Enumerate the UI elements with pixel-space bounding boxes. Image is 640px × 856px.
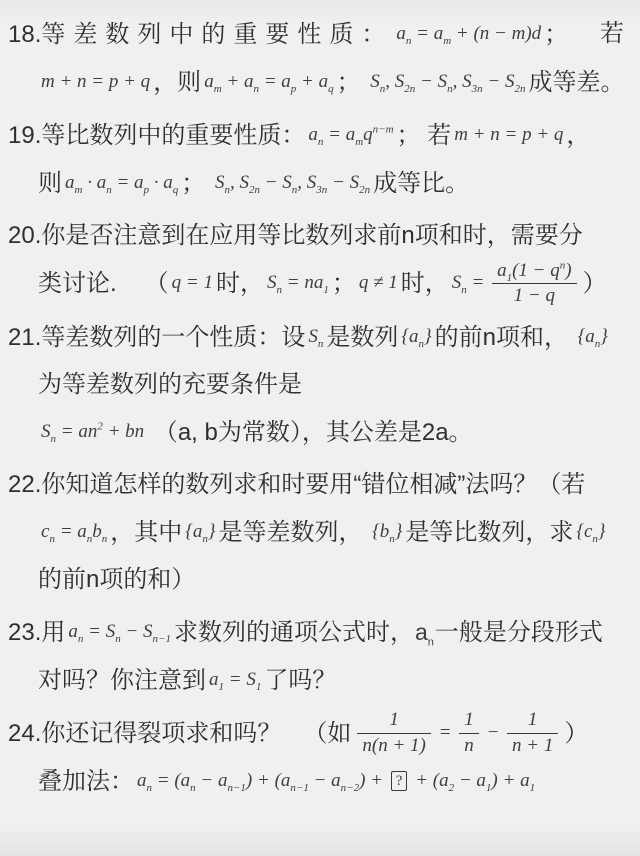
formula-sn-quadratic: Sn = an2 + bn [41, 421, 144, 442]
item-24: 24.你还记得裂项求和吗？（如1n(n + 1) = 1n − 1n + 1） … [8, 709, 632, 806]
item-20-text2: 类讨论. [38, 270, 117, 297]
item-22: 22.你知道怎样的数列求和时要用“错位相减”法吗？（若 cn = anbn，其中… [8, 461, 632, 603]
text-cheng-dengcha: 成等差。 [528, 69, 624, 96]
item-19-ruo: 若 [427, 122, 451, 149]
formula-mnpq: m + n = p + q [41, 71, 150, 92]
formula-telescoping-sum: an = (an − an−1) + (an−1 − an−2) + ? + (… [137, 770, 535, 791]
punct-paren-open: （ [145, 270, 169, 297]
item-21-text1: 等差数列的一个性质：设 [41, 324, 305, 351]
punct-semicolon: ； [181, 170, 205, 197]
formula-am-an-product: am · an = ap · aq [65, 172, 178, 193]
item-23-text3: 一般是分段形式 [435, 619, 603, 646]
formula-a1-s1: a1 = S1 [209, 669, 261, 690]
formula-an-set: {an} [578, 326, 608, 347]
punct-comma: ， [566, 122, 590, 149]
item-24-number: 24. [8, 720, 41, 747]
text-then: 则 [38, 170, 62, 197]
item-22-line-2: cn = anbn，其中{an}是等差数列， {bn}是等比数列，求{cn} [8, 508, 632, 556]
text-shi: 时， [401, 270, 449, 297]
punct-semicolon: ； [337, 69, 361, 96]
formula-bn-set: {bn} [372, 521, 402, 542]
text-then: ，则 [153, 69, 201, 96]
item-23-line-2: 对吗？你注意到a1 = S1了吗？ [8, 656, 632, 704]
punct-paren-close: ） [583, 270, 607, 297]
item-20-line-2: 类讨论.（q = 1时，Sn = na1；q ≠ 1时，Sn = a1(1 − … [8, 259, 632, 308]
formula-sn-sequence: Sn, S2n − Sn, S3n − S2n [215, 172, 370, 193]
item-18-line-1: 18.等差数列中的重要性质：an = am + (n − m)d；若 [8, 10, 632, 58]
item-21: 21.等差数列的一个性质：设Sn是数列{an}的前n项和， {an} 为等差数列… [8, 313, 632, 456]
item-18-line-2: m + n = p + q，则am + an = ap + aq； Sn, S2… [8, 58, 632, 106]
item-23: 23.用an = Sn − Sn−1求数列的通项公式时，an一般是分段形式 对吗… [8, 608, 632, 704]
item-18: 18.等差数列中的重要性质：an = am + (n − m)d；若 m + n… [8, 10, 632, 106]
item-24-line-1: 24.你还记得裂项求和吗？（如1n(n + 1) = 1n − 1n + 1） [8, 709, 632, 758]
punct-paren-open: （如 [303, 720, 351, 747]
item-22-number: 22. [8, 471, 41, 498]
item-18-number: 18. [8, 21, 41, 48]
item-19-number: 19. [8, 122, 41, 149]
formula-sn-na1: Sn = na1 [267, 272, 329, 293]
item-21-line-1: 21.等差数列的一个性质：设Sn是数列{an}的前n项和， {an} [8, 313, 632, 361]
item-22-text4: 是等比数列，求 [405, 519, 573, 546]
item-23-text4: 对吗？你注意到 [38, 667, 206, 694]
item-21-text4: 为等差数列的充要条件是 [38, 371, 302, 398]
item-22-line-1: 22.你知道怎样的数列求和时要用“错位相减”法吗？（若 [8, 461, 632, 508]
item-23-line-1: 23.用an = Sn − Sn−1求数列的通项公式时，an一般是分段形式 [8, 608, 632, 656]
item-20-number: 20. [8, 222, 41, 249]
item-22-text1: 你知道怎样的数列求和时要用“错位相减”法吗？（若 [41, 471, 585, 498]
item-21-line-3: Sn = an2 + bn （a, b为常数），其公差是2a。 [8, 408, 632, 456]
formula-q-neq-1: q ≠ 1 [359, 272, 398, 293]
formula-geom-sum: Sn = a1(1 − qn)1 − q [452, 272, 580, 293]
item-20-text: 你是否注意到在应用等比数列求前n项和时，需要分 [41, 222, 582, 249]
text-shi: 时， [216, 270, 264, 297]
item-23-text1: 用 [41, 619, 65, 646]
formula-cn-anbn: cn = anbn [41, 521, 107, 542]
item-21-text3: 的前n项和， [435, 324, 568, 351]
item-21-line-2: 为等差数列的充要条件是 [8, 361, 632, 408]
item-24-line-2: 叠加法：an = (an − an−1) + (an−1 − an−2) + ?… [8, 757, 632, 805]
formula-q-eq-1: q = 1 [172, 272, 213, 293]
item-18-title: 等差数列中的重要性质： [41, 21, 393, 48]
formula-an-sn-diff: an = Sn − Sn−1 [68, 621, 171, 642]
item-24-text1: 你还记得裂项求和吗？ [41, 720, 281, 747]
item-23-text5: 了吗？ [264, 667, 336, 694]
formula-am-an-sum: am + an = ap + aq [204, 71, 333, 92]
formula-sn: Sn [308, 326, 323, 347]
formula-cn-set: {cn} [576, 521, 605, 542]
item-18-ruo: 若 [600, 10, 624, 57]
formula-geom-general-term: an = amqn−m [308, 124, 393, 145]
document-page: 18.等差数列中的重要性质：an = am + (n − m)d；若 m + n… [0, 0, 640, 856]
punct-semicolon: ； [397, 122, 421, 149]
item-21-number: 21. [8, 324, 41, 351]
item-22-line-3: 的前n项的和） [8, 556, 632, 603]
item-24-label-diejiafa: 叠加法： [38, 768, 134, 795]
formula-partial-fraction: 1n(n + 1) = 1n − 1n + 1 [354, 722, 561, 743]
formula-sn-sequence: Sn, S2n − Sn, S3n − S2n [370, 71, 525, 92]
item-19-title: 等比数列中的重要性质： [41, 122, 305, 149]
item-22-text3: 是等差数列， [218, 519, 362, 546]
item-19: 19.等比数列中的重要性质：an = amqn−m； 若m + n = p + … [8, 111, 632, 207]
item-19-line-1: 19.等比数列中的重要性质：an = amqn−m； 若m + n = p + … [8, 111, 632, 159]
text-cheng-dengbi: 成等比。 [373, 170, 469, 197]
formula-an-set: {an} [185, 521, 215, 542]
item-22-text2: ，其中 [110, 519, 182, 546]
punct-semicolon: ； [332, 270, 356, 297]
item-21-text5: （a, b为常数），其公差是2a。 [154, 419, 473, 446]
item-20-line-1: 20.你是否注意到在应用等比数列求前n项和时，需要分 [8, 212, 632, 259]
item-20: 20.你是否注意到在应用等比数列求前n项和时，需要分 类讨论.（q = 1时，S… [8, 212, 632, 308]
formula-an-set: {an} [401, 326, 431, 347]
formula-an-upright: an [415, 619, 434, 645]
formula-arith-general-term: an = am + (n − m)d [396, 23, 541, 44]
item-23-text2: 求数列的通项公式时， [174, 619, 414, 646]
item-21-text2: 是数列 [326, 324, 398, 351]
punct-paren-close: ） [564, 720, 588, 747]
formula-mnpq: m + n = p + q [454, 124, 563, 145]
item-22-text5: 的前n项的和） [38, 566, 195, 593]
punct-semicolon: ； [544, 21, 568, 48]
item-23-number: 23. [8, 619, 41, 646]
item-19-line-2: 则am · an = ap · aq； Sn, S2n − Sn, S3n − … [8, 159, 632, 207]
